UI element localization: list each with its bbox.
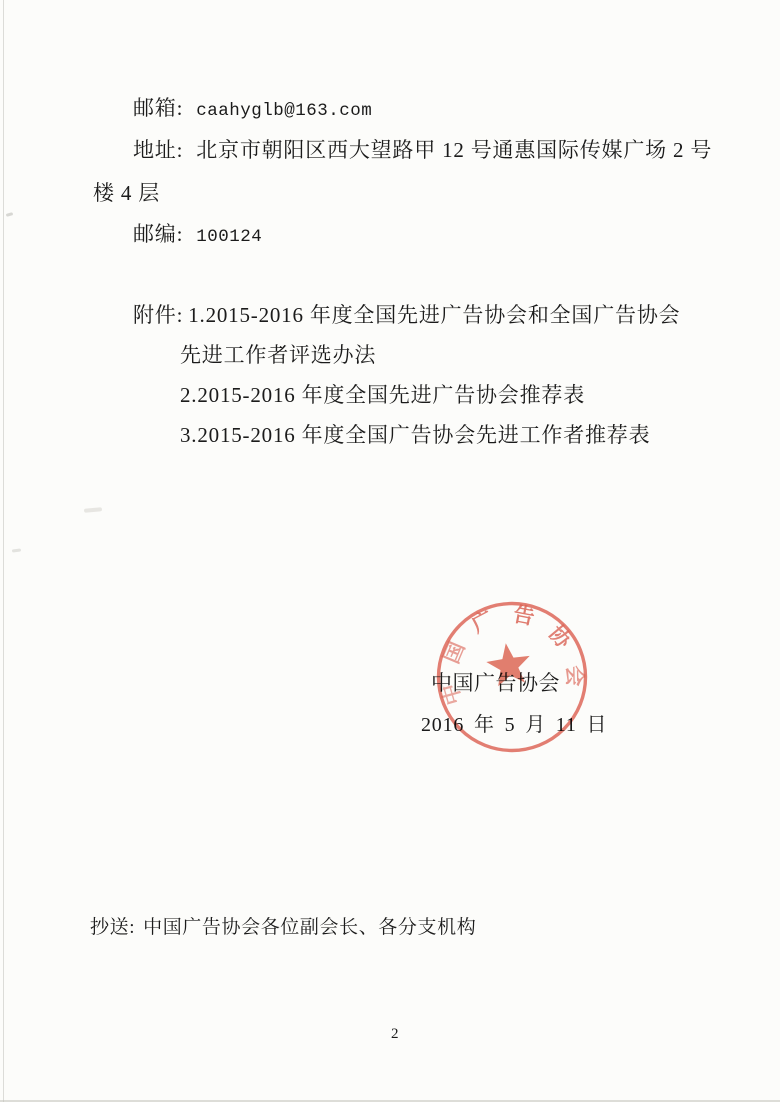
official-red-seal: 中 国 广 告 协 会	[412, 577, 612, 777]
scan-edge-line	[3, 0, 4, 1102]
email-value: caahyglb@163.com	[196, 101, 372, 121]
seal-char: 国	[440, 639, 469, 667]
address-value: 北京市朝阳区西大望路甲 12 号通惠国际传媒广场 2 号	[196, 138, 712, 162]
attachment-item-1-line-1: 1.2015-2016 年度全国先进广告协会和全国广告协会	[188, 303, 680, 327]
scan-speck	[84, 507, 102, 513]
postcode-label: 邮编:	[133, 222, 183, 246]
email-label: 邮箱:	[133, 96, 183, 120]
seal-char: 会	[562, 665, 586, 686]
attachments-label: 附件:	[133, 303, 183, 327]
scan-speck	[6, 212, 14, 217]
attachment-item-1-line-2: 先进工作者评选办法	[180, 343, 376, 367]
cc-line: 抄送:中国广告协会各位副会长、各分支机构	[90, 916, 476, 940]
seal-char: 广	[468, 606, 498, 637]
page-number: 2	[391, 1022, 399, 1046]
attachment-item-2: 2.2015-2016 年度全国先进广告协会推荐表	[180, 383, 585, 407]
cc-label: 抄送:	[90, 917, 135, 938]
scanned-document-page: 邮箱:caahyglb@163.com 地址:北京市朝阳区西大望路甲 12 号通…	[0, 0, 780, 1102]
scan-speck	[12, 548, 21, 552]
postcode-value: 100124	[196, 227, 262, 247]
contact-postcode-line: 邮编:100124	[133, 222, 262, 249]
seal-char: 协	[544, 621, 577, 653]
contact-address-wrap-line: 楼 4 层	[93, 181, 160, 205]
contact-address-line: 地址:北京市朝阳区西大望路甲 12 号通惠国际传媒广场 2 号	[133, 138, 712, 162]
cc-value: 中国广告协会各位副会长、各分支机构	[143, 917, 476, 938]
attachment-item-3: 3.2015-2016 年度全国广告协会先进工作者推荐表	[180, 423, 650, 447]
address-wrap-value: 楼 4 层	[93, 181, 160, 205]
attachments-first-line: 附件:1.2015-2016 年度全国先进广告协会和全国广告协会	[133, 303, 680, 327]
seal-char: 告	[511, 602, 536, 630]
contact-email-line: 邮箱:caahyglb@163.com	[133, 96, 372, 123]
seal-star-icon	[484, 640, 533, 687]
address-label: 地址:	[133, 138, 183, 162]
